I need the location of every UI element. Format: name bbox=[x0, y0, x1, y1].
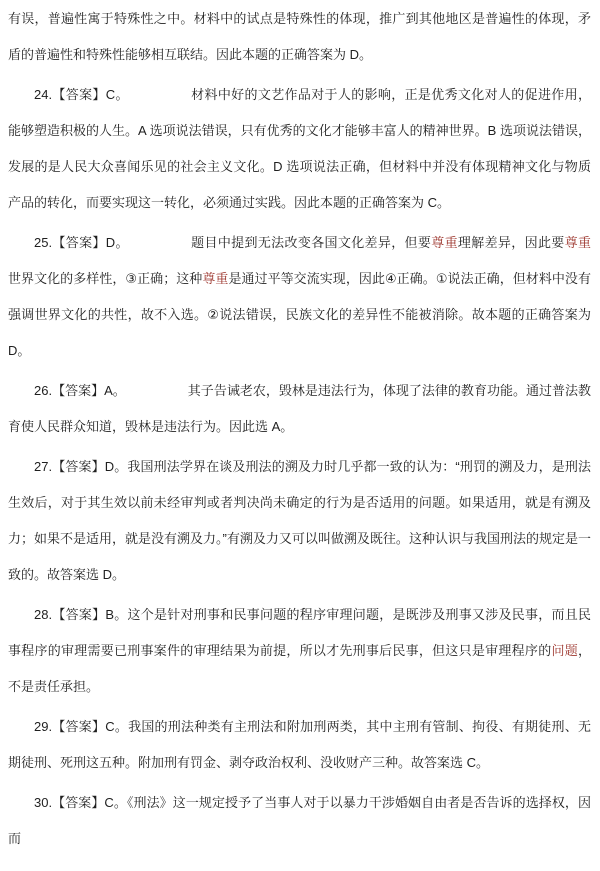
highlighted-term: 尊重 bbox=[431, 235, 458, 250]
text-run: 25.【答案】D。 bbox=[34, 235, 129, 250]
text-run: 材料中好的文艺作品对于人的影响，正是优秀文化对人的促进作用，能够塑造积极的人生。… bbox=[8, 87, 591, 210]
answer-item-28: 28.【答案】B。这个是针对刑事和民事问题的程序审理问题，是既涉及刑事又涉及民事… bbox=[8, 597, 591, 705]
text-run: 27.【答案】D。我国刑法学界在谈及刑法的溯及力时几乎都一致的认为：“刑罚的溯及… bbox=[8, 459, 591, 582]
answer-item-24: 24.【答案】C。材料中好的文艺作品对于人的影响，正是优秀文化对人的促进作用，能… bbox=[8, 77, 591, 221]
document-page: 有误，普遍性寓于特殊性之中。材料中的试点是特殊性的体现，推广到其他地区是普遍性的… bbox=[0, 0, 600, 871]
text-run: 世界文化的多样性，③正确；这种 bbox=[8, 271, 202, 286]
answer-item-30: 30.【答案】C。《刑法》这一规定授予了当事人对于以暴力干涉婚姻自由者是否告诉的… bbox=[8, 785, 591, 857]
highlighted-term: 问题 bbox=[551, 643, 578, 658]
answer-item-29: 29.【答案】C。我国的刑法种类有主刑法和附加刑两类，其中主刑有管制、拘役、有期… bbox=[8, 709, 591, 781]
answer-item-25: 25.【答案】D。题目中提到无法改变各国文化差异，但要尊重理解差异，因此要尊重世… bbox=[8, 225, 591, 369]
answer-gap-spacer bbox=[129, 246, 191, 247]
text-run: 30.【答案】C。《刑法》这一规定授予了当事人对于以暴力干涉婚姻自由者是否告诉的… bbox=[8, 795, 591, 846]
text-run: 29.【答案】C。我国的刑法种类有主刑法和附加刑两类，其中主刑有管制、拘役、有期… bbox=[8, 719, 591, 770]
text-run: 理解差异，因此要 bbox=[458, 235, 565, 250]
highlighted-term: 尊重 bbox=[202, 271, 228, 286]
text-run: 28.【答案】B。这个是针对刑事和民事问题的程序审理问题，是既涉及刑事又涉及民事… bbox=[8, 607, 591, 658]
answer-gap-spacer bbox=[126, 394, 188, 395]
answer-explanations-document: 有误，普遍性寓于特殊性之中。材料中的试点是特殊性的体现，推广到其他地区是普遍性的… bbox=[8, 1, 591, 857]
text-run: 24.【答案】C。 bbox=[34, 87, 129, 102]
answer-gap-spacer bbox=[129, 98, 191, 99]
text-run: 26.【答案】A。 bbox=[34, 383, 126, 398]
highlighted-term: 尊重 bbox=[565, 235, 591, 250]
continuation-paragraph: 有误，普遍性寓于特殊性之中。材料中的试点是特殊性的体现，推广到其他地区是普遍性的… bbox=[8, 1, 591, 73]
text-run: 题目中提到无法改变各国文化差异，但要 bbox=[191, 235, 431, 250]
answer-item-26: 26.【答案】A。其子告诫老农，毁林是违法行为，体现了法律的教育功能。通过普法教… bbox=[8, 373, 591, 445]
text-run: 有误，普遍性寓于特殊性之中。材料中的试点是特殊性的体现，推广到其他地区是普遍性的… bbox=[8, 11, 591, 62]
answer-item-27: 27.【答案】D。我国刑法学界在谈及刑法的溯及力时几乎都一致的认为：“刑罚的溯及… bbox=[8, 449, 591, 593]
